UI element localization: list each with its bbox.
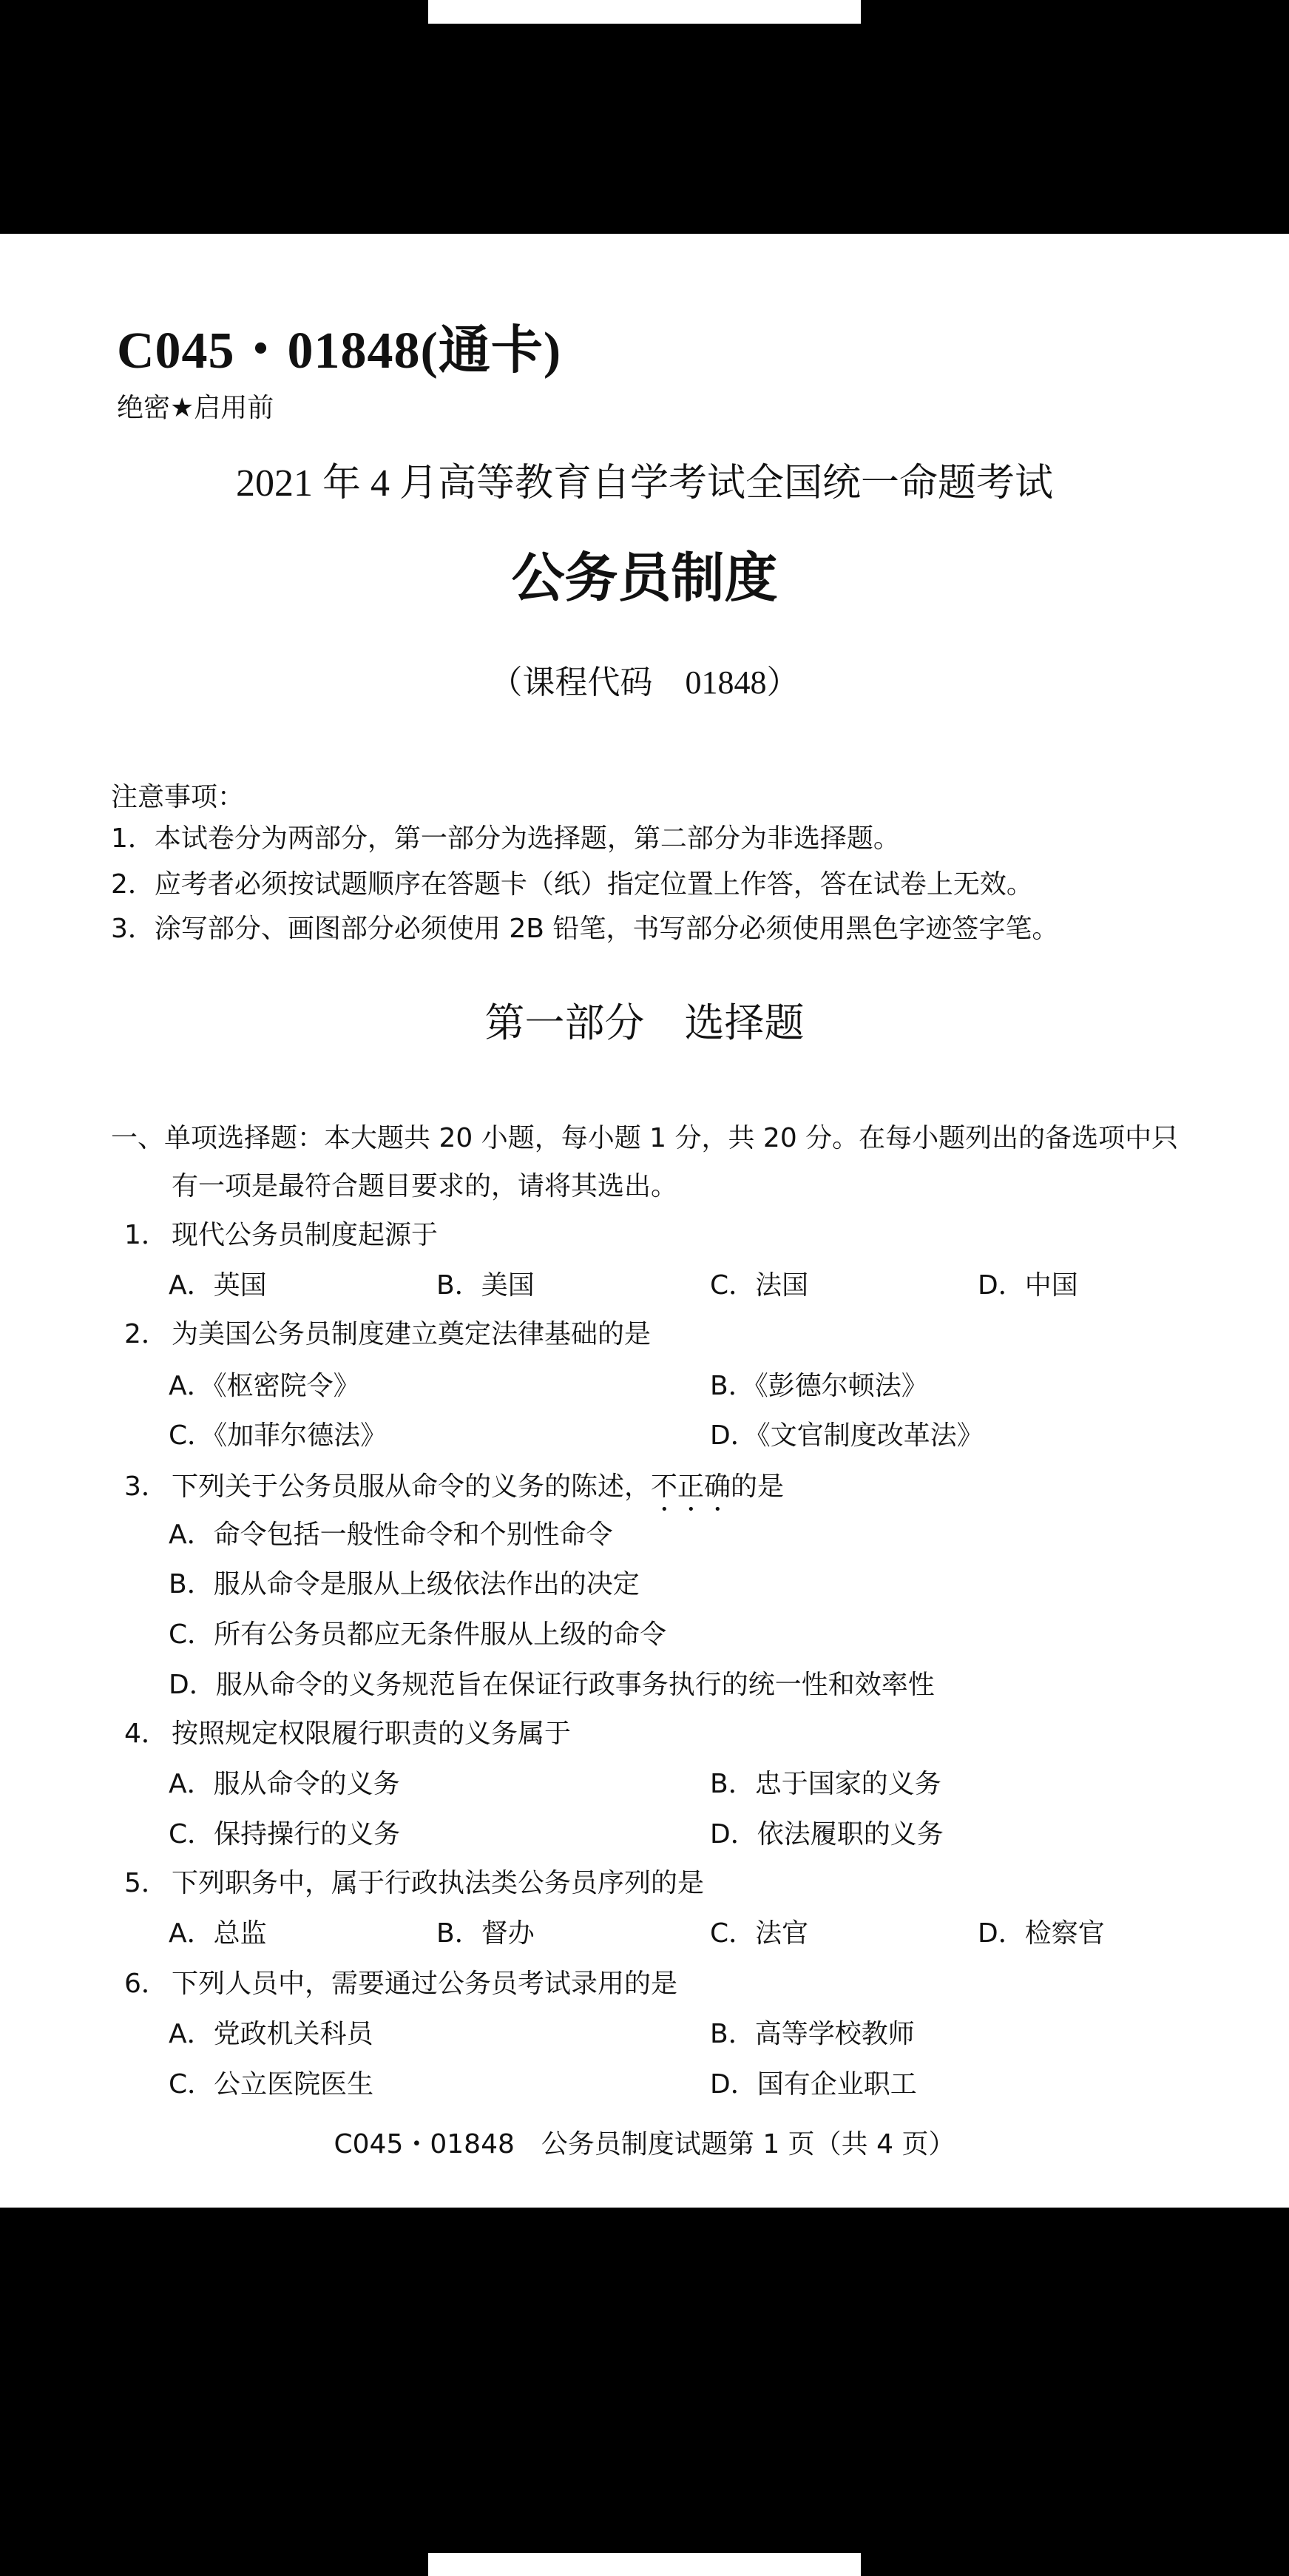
page-footer: C045・01848 公务员制度试题第 1 页（共 4 页） bbox=[0, 2131, 1289, 2158]
notes-title: 注意事项： bbox=[111, 784, 244, 811]
option-a: A．服从命令的义务 bbox=[169, 1771, 400, 1798]
question-1: 1．现代公务员制度起源于 bbox=[124, 1222, 438, 1249]
question-number: 4． bbox=[124, 1721, 172, 1747]
option-d: D．服从命令的义务规范旨在保证行政事务执行的统一性和效率性 bbox=[169, 1672, 935, 1699]
question-text: 为美国公务员制度建立奠定法律基础的是 bbox=[172, 1319, 651, 1349]
section-instruction: 一、单项选择题：本大题共 20 小题，每小题 1 分，共 20 分。在每小题列出… bbox=[111, 1125, 1178, 1152]
option-d: D．依法履职的义务 bbox=[710, 1821, 944, 1848]
question-number: 6． bbox=[124, 1971, 172, 1997]
question-text: 下列职务中，属于行政执法类公务员序列的是 bbox=[172, 1868, 704, 1898]
subject-title: 公务员制度 bbox=[0, 552, 1289, 605]
question-3: 3．下列关于公务员服从命令的义务的陈述，不正确的是 bbox=[124, 1471, 784, 1517]
question-text: 按照规定权限履行职责的义务属于 bbox=[172, 1719, 571, 1749]
option-b: B．《彭德尔顿法》 bbox=[710, 1373, 928, 1400]
question-2: 2．为美国公务员制度建立奠定法律基础的是 bbox=[124, 1321, 651, 1348]
option-d: D．《文官制度改革法》 bbox=[710, 1423, 984, 1449]
option-b: B．督办 bbox=[436, 1921, 535, 1947]
option-d: D．国有企业职工 bbox=[710, 2071, 917, 2098]
question-text: 现代公务员制度起源于 bbox=[172, 1220, 438, 1250]
option-a: A．《枢密院令》 bbox=[169, 1373, 360, 1400]
note-item: 1．本试卷分为两部分，第一部分为选择题，第二部分为非选择题。 bbox=[111, 826, 900, 852]
option-c: C．法国 bbox=[710, 1272, 808, 1299]
section-title: 第一部分 选择题 bbox=[0, 1003, 1289, 1043]
option-c: C．公立医院医生 bbox=[169, 2071, 373, 2098]
secret-label: 绝密★启用前 bbox=[117, 395, 274, 422]
question-emphasis: 不正确 bbox=[651, 1471, 731, 1502]
question-number: 5． bbox=[124, 1870, 172, 1897]
section-instruction-cont: 有一项是最符合题目要求的，请将其选出。 bbox=[172, 1173, 677, 1200]
bottom-bar bbox=[428, 2553, 861, 2576]
exam-page: C045・01848(通卡) 绝密★启用前 2021 年 4 月高等教育自学考试… bbox=[0, 234, 1289, 2208]
option-c: C．《加菲尔德法》 bbox=[169, 1423, 387, 1449]
question-number: 1． bbox=[124, 1222, 172, 1249]
option-b: B．高等学校教师 bbox=[710, 2021, 915, 2048]
question-text-end: 的是 bbox=[731, 1471, 784, 1502]
paper-code: C045・01848(通卡) bbox=[117, 326, 561, 377]
option-d: D．检察官 bbox=[978, 1921, 1105, 1947]
option-a: A．党政机关科员 bbox=[169, 2021, 373, 2048]
question-6: 6．下列人员中，需要通过公务员考试录用的是 bbox=[124, 1971, 677, 1997]
note-item: 2．应考者必须按试题顺序在答题卡（纸）指定位置上作答，答在试卷上无效。 bbox=[111, 871, 1033, 898]
question-text: 下列关于公务员服从命令的义务的陈述， bbox=[172, 1471, 651, 1502]
question-number: 3． bbox=[124, 1474, 172, 1500]
course-code: （课程代码 01848） bbox=[0, 667, 1289, 699]
top-bar bbox=[428, 0, 861, 24]
note-item: 3．涂写部分、画图部分必须使用 2B 铅笔，书写部分必须使用黑色字迹签字笔。 bbox=[111, 916, 1058, 943]
option-b: B．美国 bbox=[436, 1272, 535, 1299]
exam-title: 2021 年 4 月高等教育自学考试全国统一命题考试 bbox=[0, 465, 1289, 503]
option-b: B．服从命令是服从上级依法作出的决定 bbox=[169, 1571, 640, 1598]
option-a: A．英国 bbox=[169, 1272, 267, 1299]
question-5: 5．下列职务中，属于行政执法类公务员序列的是 bbox=[124, 1870, 704, 1897]
question-number: 2． bbox=[124, 1321, 172, 1348]
question-text: 下列人员中，需要通过公务员考试录用的是 bbox=[172, 1969, 677, 1999]
option-b: B．忠于国家的义务 bbox=[710, 1771, 941, 1798]
option-c: C．所有公务员都应无条件服从上级的命令 bbox=[169, 1622, 666, 1648]
question-4: 4．按照规定权限履行职责的义务属于 bbox=[124, 1721, 571, 1747]
option-d: D．中国 bbox=[978, 1272, 1078, 1299]
option-a: A．总监 bbox=[169, 1921, 267, 1947]
option-c: C．保持操行的义务 bbox=[169, 1821, 400, 1848]
option-c: C．法官 bbox=[710, 1921, 808, 1947]
option-a: A．命令包括一般性命令和个别性命令 bbox=[169, 1522, 613, 1548]
